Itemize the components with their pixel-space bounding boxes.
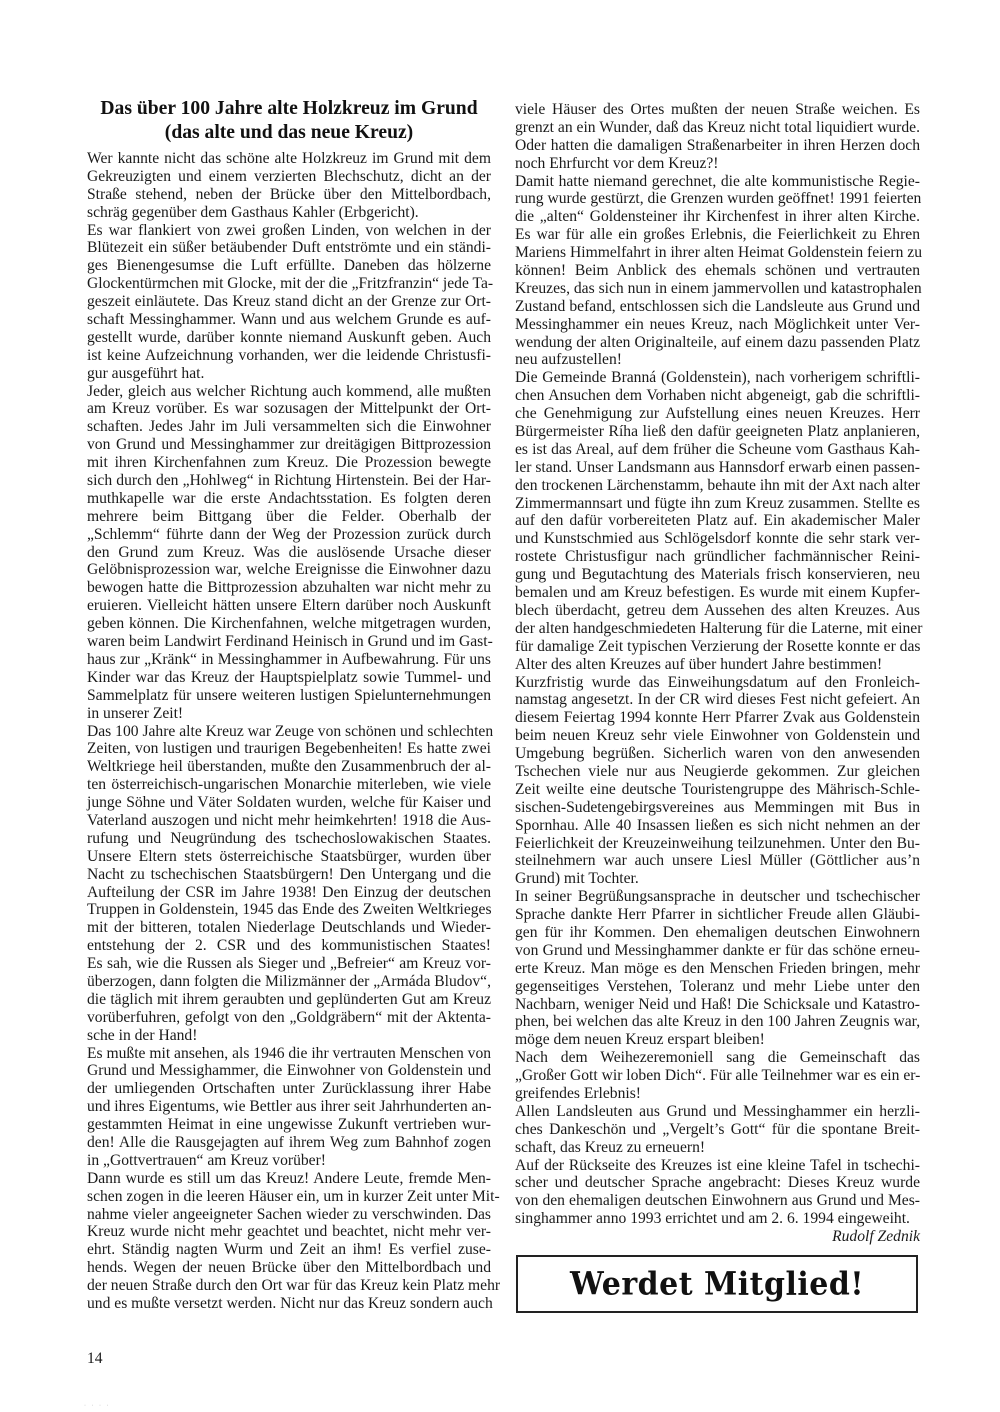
text-line: möge dem neuen Kreuz erspart bleiben! [515, 1031, 920, 1049]
text-line: Sprache dankte Herr Pfarrer in sichtlich… [515, 906, 920, 924]
text-line: eruieren. Vielleicht hätten unsere Elter… [87, 597, 491, 615]
text-line: Es sah, wie die Russen als Sieger und „B… [87, 955, 491, 973]
text-line: entstehung der 2. CSR und des kommunisti… [87, 937, 491, 955]
text-line: chen Ansuchen dem Vorhaben nicht abgenei… [515, 387, 920, 405]
left-text-column: Wer kannte nicht das schöne alte Holzkre… [87, 150, 491, 1313]
text-line: phen, bei welchen das alte Kreuz in den … [515, 1013, 920, 1031]
text-line: junge Söhne und Väter Soldaten wurden, w… [87, 794, 491, 812]
text-line: von den ehemaligen deutschen Einwohnern … [515, 1192, 920, 1210]
text-line: Dann wurde es still um das Kreuz! Andere… [87, 1170, 491, 1188]
text-line: Nachbarn, weniger Neid und Haß! Die Schi… [515, 996, 920, 1014]
text-line: in unserer Zeit! [87, 705, 491, 723]
text-line: Tschechen viele nur aus Neugierde gekomm… [515, 763, 920, 781]
text-line: vorüberfuhren, gefolgt von den „Goldgräb… [87, 1009, 491, 1027]
text-line: Wer kannte nicht das schöne alte Holzkre… [87, 150, 491, 168]
text-line: den! Alle die Rausgejagten auf ihrem Weg… [87, 1134, 491, 1152]
text-line: Aufteilung der CSR im Jahre 1938! Den Ei… [87, 884, 491, 902]
text-line: Grund und Messighammer, die Einwohner vo… [87, 1062, 491, 1080]
text-line: und Kunstschmied aus Schlögelsdorf konnt… [515, 530, 920, 548]
text-line: Gekreuzigten und einem verzierten Blechs… [87, 168, 491, 186]
text-line: Nacht zu tschechischen Staatsbürgern! De… [87, 866, 491, 884]
text-line: wendung der alten Originalteile, auf ein… [515, 334, 920, 352]
membership-callout-box: Werdet Mitglied! [516, 1255, 918, 1313]
text-line: Messinghammer ein neues Kreuz, nach Mögl… [515, 316, 920, 334]
text-line: geben können. Die Kirchenfahnen, welche … [87, 615, 491, 633]
text-line: ehrt. Ständig nagten Wurm und Zeit an ih… [87, 1241, 491, 1259]
text-line: Bürgermeister Ríha ließ den dafür geeign… [515, 423, 920, 441]
article-title: Das über 100 Jahre alte Holzkreuz im Gru… [87, 97, 491, 145]
text-line: schaften. Jedes Jahr im Juli versammelte… [87, 418, 491, 436]
text-line: rung wurde gestürzt, die Grenzen wurden … [515, 190, 920, 208]
text-line: der alten handgeschmiedeten Halterung fü… [515, 620, 920, 638]
text-line: nahme vieler angeeigneter Sachen wieder … [87, 1206, 491, 1224]
text-line: Jeder, gleich aus welcher Richtung auch … [87, 383, 491, 401]
text-line: Umgebung begrüßen. Sicherlich waren von … [515, 745, 920, 763]
text-line: Grund) mit Tochter. [515, 870, 920, 888]
text-line: schaft Messinghammer. Wann und aus welch… [87, 311, 491, 329]
text-line: der umliegenden Ortschaften unter Zurück… [87, 1080, 491, 1098]
text-line: und es mußte versetzt werden. Nicht nur … [87, 1295, 491, 1313]
text-line: Zeiten, von lustigen und traurigen Begeb… [87, 740, 491, 758]
text-line: in „Gottvertrauen“ am Kreuz vorüber! [87, 1152, 491, 1170]
text-line: schaft, das Kreuz zu erneuern! [515, 1139, 920, 1157]
text-line: mit der bitteren, totalen Niederlage Deu… [87, 919, 491, 937]
text-line: greifendes Erlebnis! [515, 1085, 920, 1103]
text-line: gung und Begutachtung des Materials fris… [515, 566, 920, 584]
right-text-column: viele Häuser des Ortes mußten der neuen … [515, 101, 920, 1246]
text-line: diesem Feiertag 1994 konnte Herr Pfarrer… [515, 709, 920, 727]
text-line: gestammten Heimat in eine ungewisse Zuku… [87, 1116, 491, 1134]
text-line: Kreuz wurde nicht mehr geachtet und beac… [87, 1223, 491, 1241]
text-line: „Großer Gott wir loben Dich“. Für alle T… [515, 1067, 920, 1085]
text-line: geszeit einläutete. Das Kreuz stand dich… [87, 293, 491, 311]
text-line: erte Kreuz. Man möge es den Menschen Fri… [515, 960, 920, 978]
text-line: Zimmermannsart und fügte ihn zum Kreuz z… [515, 495, 920, 513]
right-column-body: viele Häuser des Ortes mußten der neuen … [515, 101, 920, 1228]
text-line: Sammelplatz für unsere weiteren lustigen… [87, 687, 491, 705]
text-line: Spornhau. Alle 40 Insassen ließen es sic… [515, 817, 920, 835]
document-page: Das über 100 Jahre alte Holzkreuz im Gru… [0, 0, 1000, 1412]
text-line: mit ihren Kirchenfahnen zum Kreuz. Die P… [87, 454, 491, 472]
text-line: Mariens Himmelfahrt in ihrer alten Heima… [515, 244, 920, 262]
text-line: steilnehmern war auch unsere Liesl Mülle… [515, 852, 920, 870]
text-line: Damit hatte niemand gerechnet, die alte … [515, 173, 920, 191]
text-line: sischen-Sudetengebirgsvereines aus Memmi… [515, 799, 920, 817]
text-line: grenzt an ein Wunder, daß das Kreuz nich… [515, 119, 920, 137]
text-line: Nach dem Weihezeremoniell sang die Gemei… [515, 1049, 920, 1067]
text-line: von Grund und Messinghammer dankte er fü… [515, 942, 920, 960]
text-line: für damalige Zeit typischen Verzierung d… [515, 638, 920, 656]
text-line: scher und deutscher Sprache angebracht: … [515, 1174, 920, 1192]
text-line: In seiner Begrüßungsansprache in deutsch… [515, 888, 920, 906]
article-title-line-1: Das über 100 Jahre alte Holzkreuz im Gru… [87, 97, 491, 121]
text-line: Alter des alten Kreuzes auf über hundert… [515, 656, 920, 674]
text-line: rufung und Neugründung des tschechoslowa… [87, 830, 491, 848]
text-line: Weltkriege heil überstanden, mußte den Z… [87, 758, 491, 776]
text-line: den trockenen Lärchenstamm, behaute ihn … [515, 477, 920, 495]
text-line: Auf der Rückseite des Kreuzes ist eine k… [515, 1157, 920, 1175]
text-line: sich durch den „Hohlweg“ in Richtung Hir… [87, 472, 491, 490]
text-line: sche in der Hand! [87, 1027, 491, 1045]
text-line: „Schlemm“ führte dann der Weg der Prozes… [87, 526, 491, 544]
text-line: ges Bienengesumse die Luft erfüllte. Dan… [87, 257, 491, 275]
text-line: singhammer anno 1993 errichtet und am 2.… [515, 1210, 920, 1228]
text-line: schen zogen in die leeren Häuser ein, um… [87, 1188, 491, 1206]
text-line: gen für ihr Kommen. Den ehemaligen deuts… [515, 924, 920, 942]
text-line: Oder hatten die damaligen Straßenarbeite… [515, 137, 920, 155]
text-line: blech überdacht, getreu dem Aussehen des… [515, 602, 920, 620]
page-number: 14 [87, 1350, 103, 1368]
text-line: bewogen hatte die Bittprozession abzuhal… [87, 579, 491, 597]
text-line: haus zur „Kränk“ in Messinghammer in Auf… [87, 651, 491, 669]
article-subtitle: (das alte und das neue Kreuz) [87, 121, 491, 145]
text-line: Die Gemeinde Branná (Goldenstein), nach … [515, 369, 920, 387]
author-signature: Rudolf Zednik [515, 1228, 920, 1246]
text-line: Truppen in Goldenstein, 1945 das Ende de… [87, 901, 491, 919]
text-line: Das 100 Jahre alte Kreuz war Zeuge von s… [87, 723, 491, 741]
membership-callout-text: Werdet Mitglied! [570, 1266, 864, 1303]
text-line: Glockentürmchen mit Glocke, mit der die … [87, 275, 491, 293]
text-line: gestellt wurde, darüber konnte niemand A… [87, 329, 491, 347]
text-line: und ihres Eigentums, wie Bettler aus ihr… [87, 1098, 491, 1116]
text-line: che Genehmigung zur Aufstellung eines ne… [515, 405, 920, 423]
text-line: ist keine Aufzeichnung vorhanden, wer di… [87, 347, 491, 365]
text-line: von Grund und Messinghammer zur dreitägi… [87, 436, 491, 454]
text-line: Kurzfristig wurde das Einweihungsdatum a… [515, 674, 920, 692]
text-line: können! Beim Anblick des ehemals schönen… [515, 262, 920, 280]
text-line: der neuen Straße durch den Ort war für d… [87, 1277, 491, 1295]
text-line: mehrere beim Bittgang über die Felder. O… [87, 508, 491, 526]
text-line: auf den dafür vorbereiteten Platz auf. E… [515, 512, 920, 530]
text-line: Gelöbnisprozession war, welche Ereigniss… [87, 561, 491, 579]
text-line: Kinder war das Kreuz der Hauptspielplatz… [87, 669, 491, 687]
text-line: rostete Christusfigur nach gründlicher f… [515, 548, 920, 566]
text-line: muthkapelle war die erste Andachtsstatio… [87, 490, 491, 508]
text-line: Feierlichkeit der Kreuzeinweihung teilzu… [515, 835, 920, 853]
text-line: Unsere Eltern stets österreichische Staa… [87, 848, 491, 866]
text-line: gegenseitiges Verstehen, Toleranz und me… [515, 978, 920, 996]
scan-speck: · · · · [84, 1403, 111, 1409]
text-line: die „alten“ Goldensteiner ihr Kirchenfes… [515, 208, 920, 226]
text-line: ten österreichisch-ungarischen Monarchie… [87, 776, 491, 794]
text-line: Es war flankiert von zwei großen Linden,… [87, 222, 491, 240]
text-line: noch Ehrfurcht vor dem Kreuz?! [515, 155, 920, 173]
text-line: den Grund zum Kreuz. Was die auslösende … [87, 544, 491, 562]
text-line: überzogen, dann folgten die Milizmänner … [87, 973, 491, 991]
text-line: Blütezeit ein süßer betäubender Duft ent… [87, 239, 491, 257]
text-line: hends. Wegen der neuen Brücke über den M… [87, 1259, 491, 1277]
text-line: Straße stehend, neben der Brücke über de… [87, 186, 491, 204]
text-line: Zeit weilte eine deutsche Touristengrupp… [515, 781, 920, 799]
text-line: beim neuen Kreuz sehr viele Einwohner vo… [515, 727, 920, 745]
text-line: gur ausgeführt hat. [87, 365, 491, 383]
text-line: Es war für alle ein großes Erlebnis, die… [515, 226, 920, 244]
text-line: die täglich mit ihrem geraubten und gepl… [87, 991, 491, 1009]
text-line: ches Dankeschön und „Vergelt’s Gott“ für… [515, 1121, 920, 1139]
text-line: Allen Landsleuten aus Grund und Messingh… [515, 1103, 920, 1121]
text-line: Kreuzes, das sich nun in einem jammervol… [515, 280, 920, 298]
text-line: waren beim Landwirt Ferdinand Heinisch i… [87, 633, 491, 651]
text-line: neu aufzustellen! [515, 351, 920, 369]
text-line: schräg gegenüber dem Gasthaus Kahler (Er… [87, 204, 491, 222]
text-line: Zustand befand, entschlossen sich die La… [515, 298, 920, 316]
text-line: bemalen und am Kreuz befestigen. Es wurd… [515, 584, 920, 602]
text-line: ler stand. Unser Landsmann aus Hannsdorf… [515, 459, 920, 477]
text-line: namstag angesetzt. In der CR wird dieses… [515, 691, 920, 709]
text-line: es ist das Areal, auf dem früher die Sch… [515, 441, 920, 459]
text-line: am Kreuz vorüber. Es war sozusagen der M… [87, 400, 491, 418]
text-line: Es mußte mit ansehen, als 1946 die ihr v… [87, 1045, 491, 1063]
text-line: viele Häuser des Ortes mußten der neuen … [515, 101, 920, 119]
text-line: Vaterland auszogen und nicht mehr heimke… [87, 812, 491, 830]
